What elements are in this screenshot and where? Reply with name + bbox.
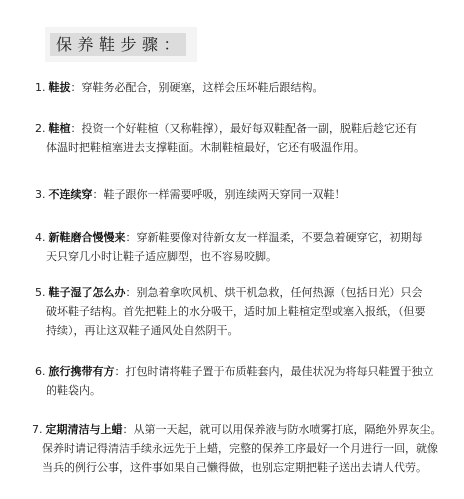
step-text-cont: 的鞋袋内。 (0, 381, 464, 400)
step-line: 2.鞋楦：投资一个好鞋楦（又称鞋撑），最好每双鞋配备一副，脱鞋后趁它还有 (0, 119, 464, 138)
step-text: ：投资一个好鞋楦（又称鞋撑），最好每双鞋配备一副，脱鞋后趁它还有 (71, 122, 418, 135)
step-number: 1. (35, 81, 46, 94)
step-label: 鞋楦 (49, 122, 71, 135)
step-text-cont: 持续），再让这双鞋子通风处自然阴干。 (0, 321, 464, 340)
step-text: ：穿鞋务必配合，别硬塞，这样会压坏鞋后跟结构。 (71, 81, 324, 94)
step-label: 定期清洁与上蜡 (46, 423, 123, 436)
step-label: 旅行携带有方 (49, 365, 115, 378)
step-line: 7.定期清洁与上蜡：从第一天起，就可以用保养液与防水喷雾打底，隔绝外界灰尘。 (0, 420, 464, 439)
step-text: ：别急着拿吹风机、烘干机急救，任何热源（包括日光）只会 (126, 286, 423, 299)
step-text-cont: 保养时请记得清洁手续永远先于上蜡，完整的保养工序最好一个月进行一回，就像 (0, 439, 464, 458)
step-item-3: 3.不连续穿：鞋子跟你一样需要呼吸，别连续两天穿同一双鞋！ (0, 185, 464, 204)
step-line: 6.旅行携带有方：打包时请将鞋子置于布质鞋套内，最佳状况为将每只鞋置于独立 (0, 362, 464, 381)
title-box: 保养鞋步骤： (45, 27, 197, 62)
step-number: 2. (35, 122, 46, 135)
step-text: ：打包时请将鞋子置于布质鞋套内，最佳状况为将每只鞋置于独立 (115, 365, 434, 378)
step-text-cont: 当兵的例行公事，这件事如果自己懒得做，也别忘定期把鞋子送出去请人代劳。 (0, 458, 464, 477)
step-item-7: 7.定期清洁与上蜡：从第一天起，就可以用保养液与防水喷雾打底，隔绝外界灰尘。 保… (0, 420, 464, 477)
step-number: 4. (35, 231, 46, 244)
step-item-6: 6.旅行携带有方：打包时请将鞋子置于布质鞋套内，最佳状况为将每只鞋置于独立 的鞋… (0, 362, 464, 400)
step-line: 5.鞋子湿了怎么办：别急着拿吹风机、烘干机急救，任何热源（包括日光）只会 (0, 283, 464, 302)
step-label: 新鞋磨合慢慢来 (49, 231, 126, 244)
step-number: 3. (35, 188, 46, 201)
step-line: 1.鞋拔：穿鞋务必配合，别硬塞，这样会压坏鞋后跟结构。 (0, 78, 464, 97)
step-number: 7. (32, 423, 43, 436)
step-label: 鞋子湿了怎么办 (49, 286, 126, 299)
step-number: 6. (35, 365, 46, 378)
step-line: 3.不连续穿：鞋子跟你一样需要呼吸，别连续两天穿同一双鞋！ (0, 185, 464, 204)
step-text-cont: 天只穿几小时让鞋子适应脚型，也不容易咬脚。 (0, 247, 464, 266)
step-text: ：穿新鞋要像对待新女友一样温柔，不要急着硬穿它，初期每 (126, 231, 423, 244)
step-number: 5. (35, 286, 46, 299)
step-item-1: 1.鞋拔：穿鞋务必配合，别硬塞，这样会压坏鞋后跟结构。 (0, 78, 464, 97)
step-text: ：从第一天起，就可以用保养液与防水喷雾打底，隔绝外界灰尘。 (123, 423, 442, 436)
step-item-4: 4.新鞋磨合慢慢来：穿新鞋要像对待新女友一样温柔，不要急着硬穿它，初期每 天只穿… (0, 228, 464, 266)
step-item-5: 5.鞋子湿了怎么办：别急着拿吹风机、烘干机急救，任何热源（包括日光）只会 破坏鞋… (0, 283, 464, 340)
step-label: 鞋拔 (49, 81, 71, 94)
step-text-cont: 体温时把鞋楦塞进去支撑鞋面。木制鞋楦最好，它还有吸温作用。 (0, 138, 464, 157)
step-text-cont: 破坏鞋子结构。首先把鞋上的水分吸干，适时加上鞋楦定型或塞入报纸，（但要 (0, 302, 464, 321)
step-label: 不连续穿 (49, 188, 93, 201)
step-line: 4.新鞋磨合慢慢来：穿新鞋要像对待新女友一样温柔，不要急着硬穿它，初期每 (0, 228, 464, 247)
page-title: 保养鞋步骤： (50, 33, 186, 56)
step-item-2: 2.鞋楦：投资一个好鞋楦（又称鞋撑），最好每双鞋配备一副，脱鞋后趁它还有 体温时… (0, 119, 464, 157)
step-text: ：鞋子跟你一样需要呼吸，别连续两天穿同一双鞋！ (93, 188, 346, 201)
